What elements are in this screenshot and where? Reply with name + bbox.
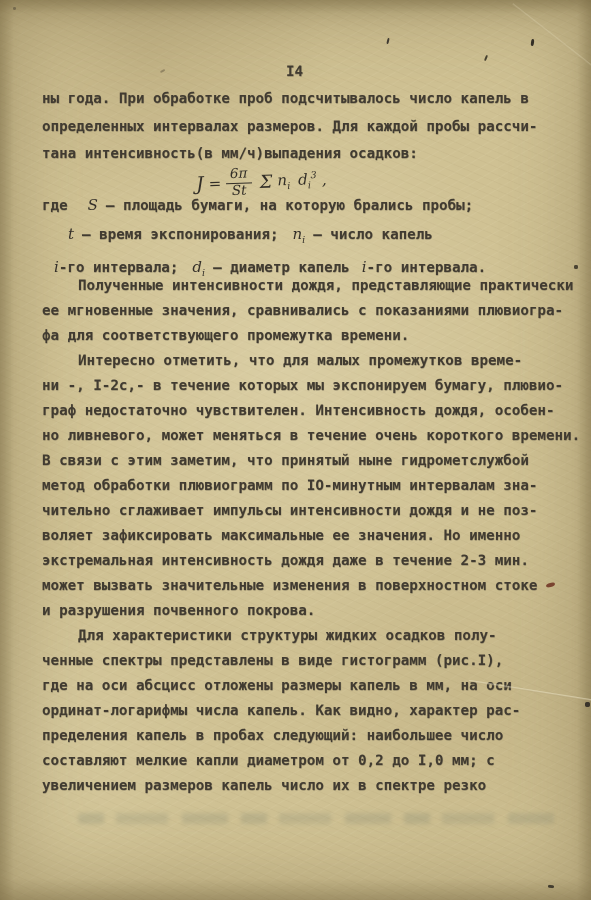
glossary-line-t-n: t– время экспонирования;ni– число капель [42,221,486,255]
text-line: пределения капель в пробах следующий: на… [42,724,580,749]
formula-d: d [298,170,308,188]
text-line: граф недостаточно чувствителен. Интенсив… [42,399,580,424]
formula-d-exponent: 3 [310,170,316,181]
paper-crease [512,3,591,78]
text-line: ченные спектры представлены в виде гисто… [42,649,580,674]
page-number: I4 [286,64,303,80]
text-line: метод обработки плювиограмм по IO-минутн… [42,474,580,499]
text-line: определенных интервалах размеров. Для ка… [42,114,537,142]
glossary-text: – время экспонирования; [82,227,278,243]
text-line: может вызвать значительные изменения в п… [42,574,580,599]
text-line: и разрушения почвенного покрова. [42,599,580,624]
paper-speck [13,7,16,10]
symbol-n-i: ni [293,225,306,243]
paper-speck [574,265,578,269]
text-line: чительно сглаживает импульсы интенсивнос… [42,499,580,524]
glossary-lead: где [42,198,68,214]
formula-d-subscript: i [308,180,311,191]
paper-speck [386,38,389,44]
intro-paragraph: ны года. При обработке проб подсчитывало… [42,86,537,169]
paper-speck [548,885,554,889]
text-line: Полученные интенсивности дождя, представ… [42,274,580,299]
glossary-text: – число капель [313,227,433,243]
text-line: ординат-логарифмы числа капель. Как видн… [42,699,580,724]
text-line: ее мгновенные значения, сравнивались с п… [42,299,580,324]
scanned-typescript-page: I4 ны года. При обработке проб подсчитыв… [0,0,591,900]
paper-scratch [160,69,165,73]
text-line: Для характеристики структуры жидких осад… [42,624,580,649]
formula-trailing-comma: , [321,171,326,189]
bleedthrough-ghost-line [78,813,556,824]
text-line: составляют мелкие капли диаметром от 0,2… [42,749,580,774]
body-paragraphs: Полученные интенсивности дождя, представ… [42,274,580,799]
formula-equals: = [208,174,221,192]
formula-n: n [277,171,287,189]
glossary-text: – площадь бумаги, на которую брались про… [106,198,473,214]
text-line: В связи с этим заметим, что принятый нын… [42,449,580,474]
text-line: ны года. При обработке проб подсчитывало… [42,86,537,114]
text-line: увеличением размеров капель число их в с… [42,774,580,799]
formula-term: nidi3 [277,170,317,192]
formula-numerator: 6π [226,167,252,184]
text-line: Интересно отметить, что для малых промеж… [42,349,580,374]
text-line: фа для соответствующего промежутка време… [42,324,580,349]
glossary-line-s: гдеS– площадь бумаги, на которую брались… [42,192,486,221]
paper-speck [585,702,590,707]
paper-speck [531,39,535,46]
paper-speck [484,55,488,61]
symbol-S: S [88,196,98,214]
text-line: воляет зафиксировать максимальные ее зна… [42,524,580,549]
text-line: ни -, I-2с,- в течение которых мы экспон… [42,374,580,399]
formula-sigma: Σ [259,171,272,192]
text-line: экстремальная интенсивность дождя даже в… [42,549,580,574]
formula-n-subscript: i [287,180,290,191]
symbol-t: t [68,225,74,243]
text-line: но ливневого, может меняться в течение о… [42,424,580,449]
